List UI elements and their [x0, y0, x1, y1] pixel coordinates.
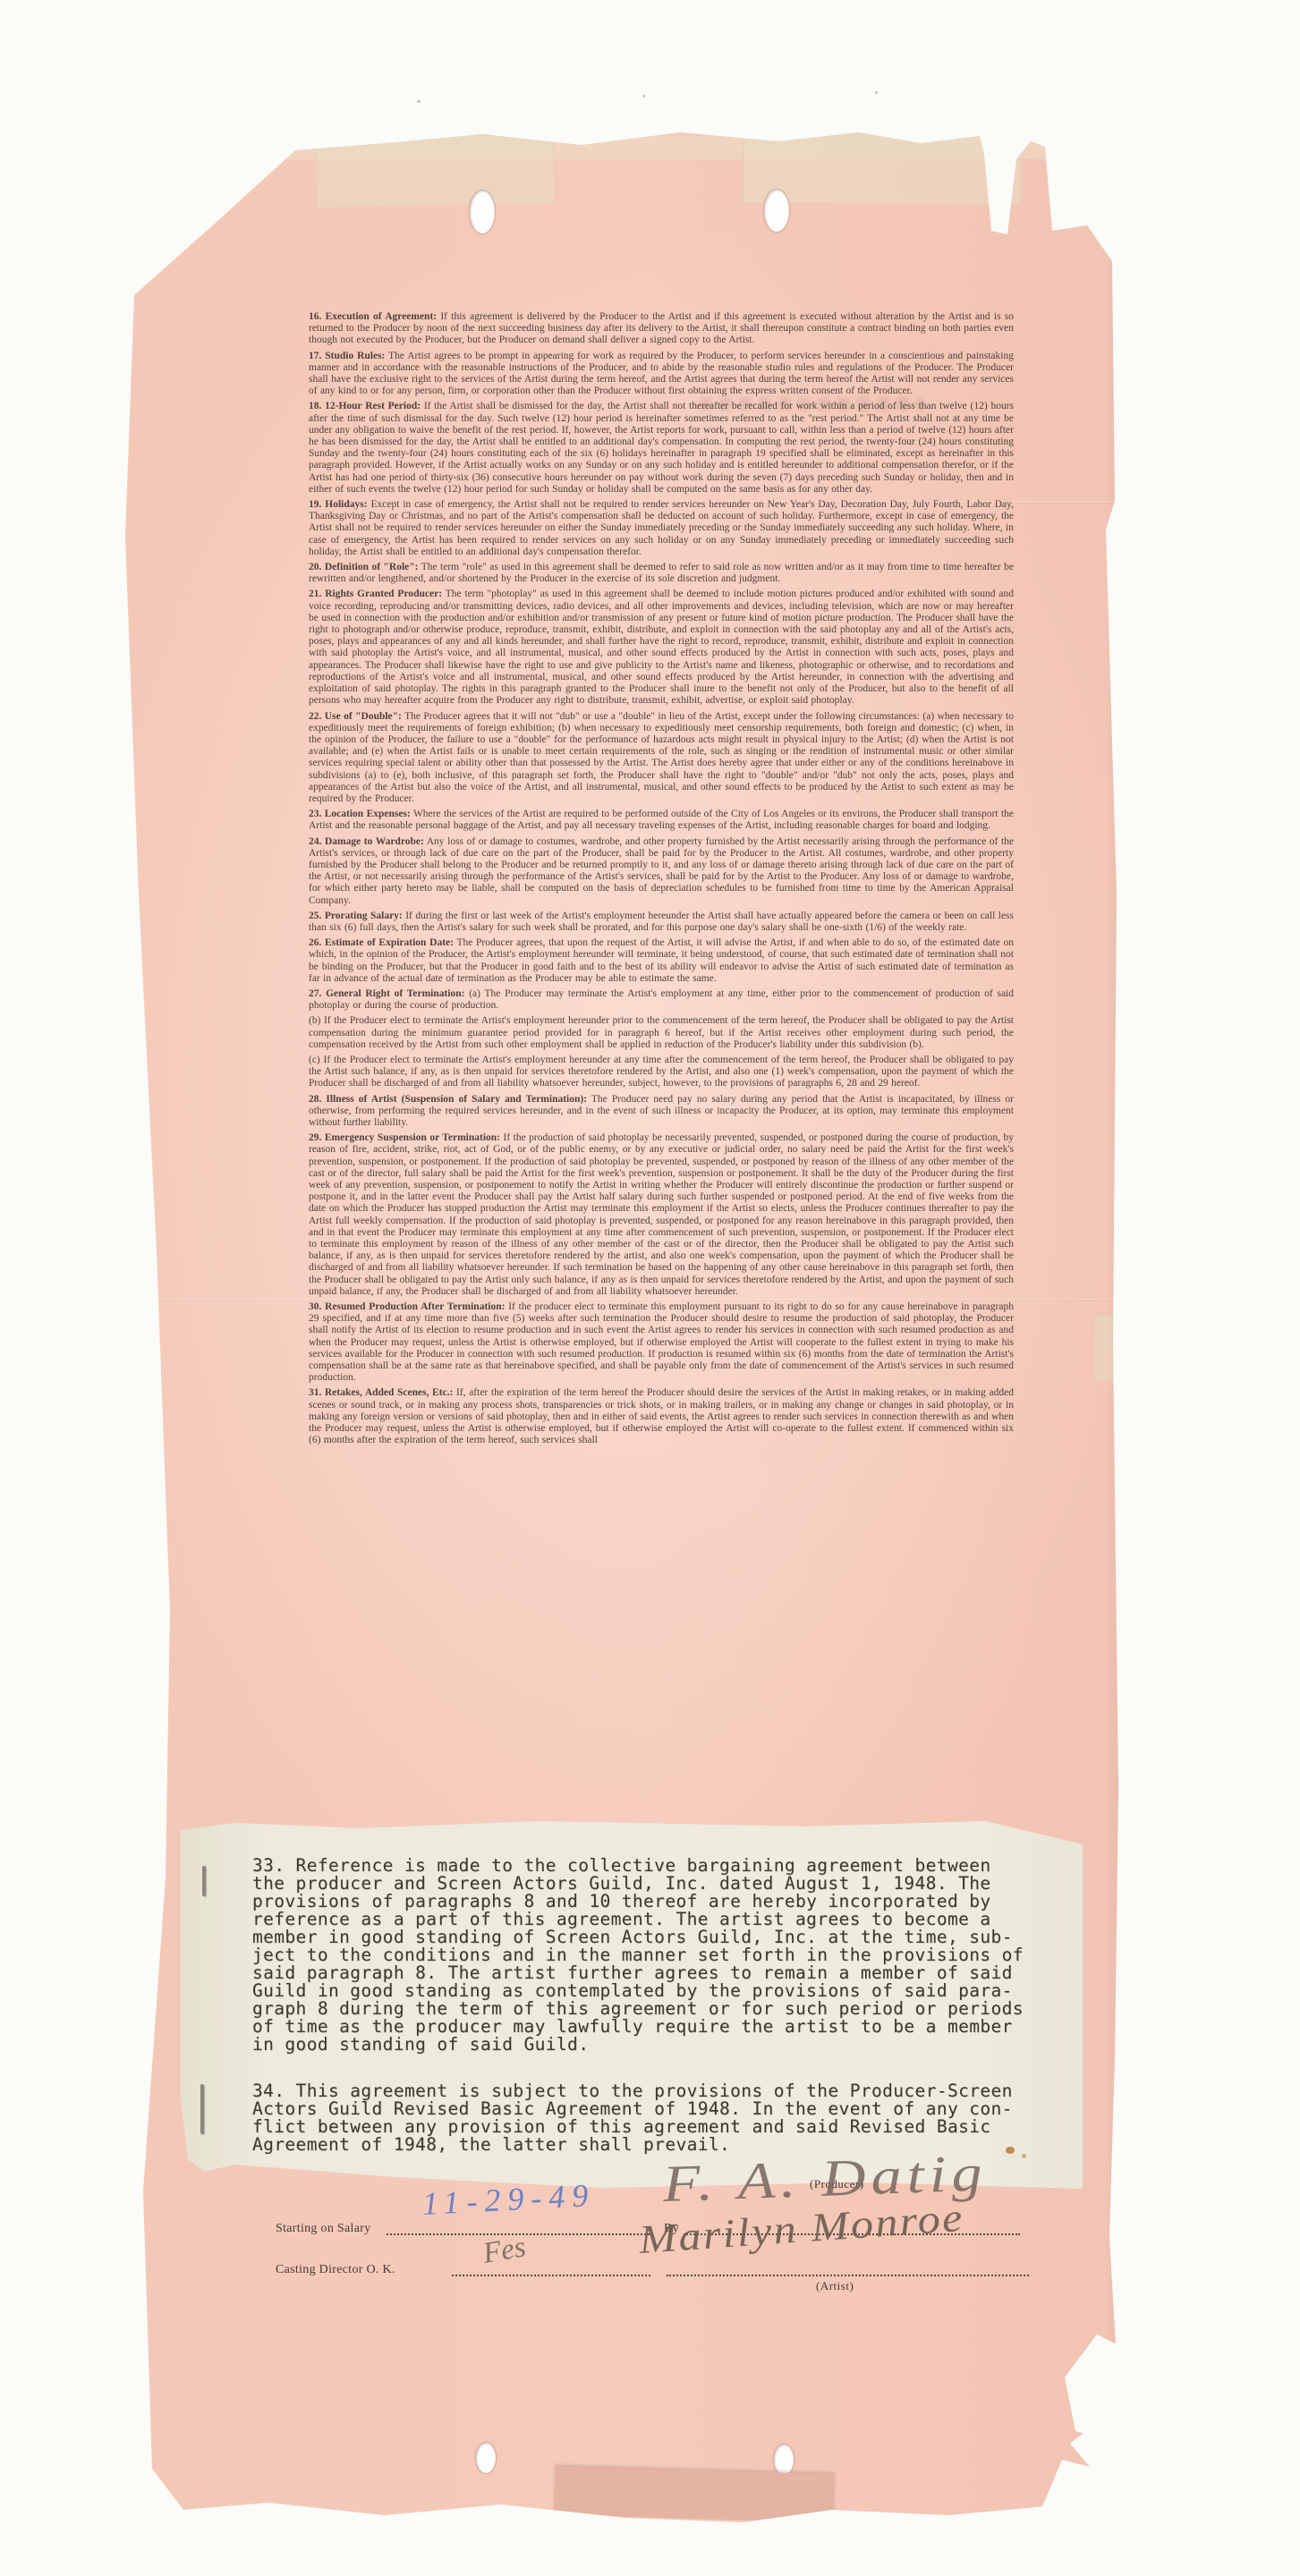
printed-clause: 25. Prorating Salary: If during the firs… — [309, 911, 1014, 934]
artist-caption: (Artist) — [816, 2279, 854, 2293]
rider-clause-33: 33. Reference is made to the collective … — [252, 1857, 1089, 2054]
rust-stain — [1022, 2154, 1026, 2158]
edge-tear — [1065, 2334, 1118, 2442]
dust-speck — [875, 91, 878, 94]
casting-initials: Fes — [480, 2231, 528, 2271]
edge-tear — [1038, 2460, 1118, 2531]
punch-hole-top-right — [764, 190, 789, 232]
printed-clause: 31. Retakes, Added Scenes, Etc.: If, aft… — [309, 1387, 1014, 1446]
dust-speck — [642, 95, 645, 97]
printed-clause: 30. Resumed Production After Termination… — [309, 1301, 1014, 1384]
printed-clause: 23. Location Expenses: Where the service… — [309, 809, 1014, 832]
punch-hole-bottom-right — [774, 2445, 794, 2475]
artist-signature-line — [667, 2275, 1029, 2276]
printed-clause: (b) If the Producer elect to terminate t… — [309, 1015, 1014, 1051]
staple-mark — [202, 1866, 206, 1896]
printed-clause: (c) If the Producer elect to terminate t… — [309, 1055, 1014, 1090]
punch-hole-top-left — [470, 191, 495, 233]
scanned-contract-page: 16. Execution of Agreement: If this agre… — [0, 0, 1300, 2576]
printed-clause: 19. Holidays: Except in case of emergenc… — [309, 499, 1014, 558]
contract-sheet: 16. Execution of Agreement: If this agre… — [0, 0, 1300, 2576]
punch-hole-bottom-left — [476, 2443, 496, 2473]
rider-sheet: 33. Reference is made to the collective … — [181, 1821, 1083, 2190]
edge-shadow — [1106, 134, 1126, 2424]
printed-clause: 26. Estimate of Expiration Date: The Pro… — [309, 937, 1014, 985]
printed-clause: 16. Execution of Agreement: If this agre… — [309, 311, 1014, 347]
dust-speck — [417, 100, 421, 103]
printed-clause: 20. Definition of "Role": The term "role… — [309, 562, 1014, 585]
printed-clause: 22. Use of "Double": The Producer agrees… — [309, 711, 1014, 806]
printed-clause: 21. Rights Granted Producer: The term "p… — [309, 589, 1014, 707]
casting-director-label: Casting Director O. K. — [276, 2263, 395, 2277]
printed-clause: 28. Illness of Artist (Suspension of Sal… — [309, 1094, 1014, 1130]
casting-ok-line — [452, 2275, 650, 2276]
starting-on-salary-label: Starting on Salary — [276, 2222, 371, 2236]
folded-corner-flap — [554, 2467, 834, 2523]
printed-clause: 29. Emergency Suspension or Termination:… — [309, 1132, 1014, 1298]
staple-mark — [200, 2084, 204, 2134]
printed-clause: 27. General Right of Termination: (a) Th… — [309, 988, 1014, 1012]
rust-stain — [1006, 2147, 1015, 2154]
contract-clauses: 16. Execution of Agreement: If this agre… — [309, 311, 1014, 1825]
starting-date-handwritten: 11-29-49 — [421, 2176, 596, 2223]
printed-clause: 24. Damage to Wardrobe: Any loss of or d… — [309, 836, 1014, 907]
printed-clause: 17. Studio Rules: The Artist agrees to b… — [309, 351, 1014, 398]
tape-strip — [314, 132, 555, 208]
printed-clause: 18. 12-Hour Rest Period: If the Artist s… — [309, 401, 1014, 496]
